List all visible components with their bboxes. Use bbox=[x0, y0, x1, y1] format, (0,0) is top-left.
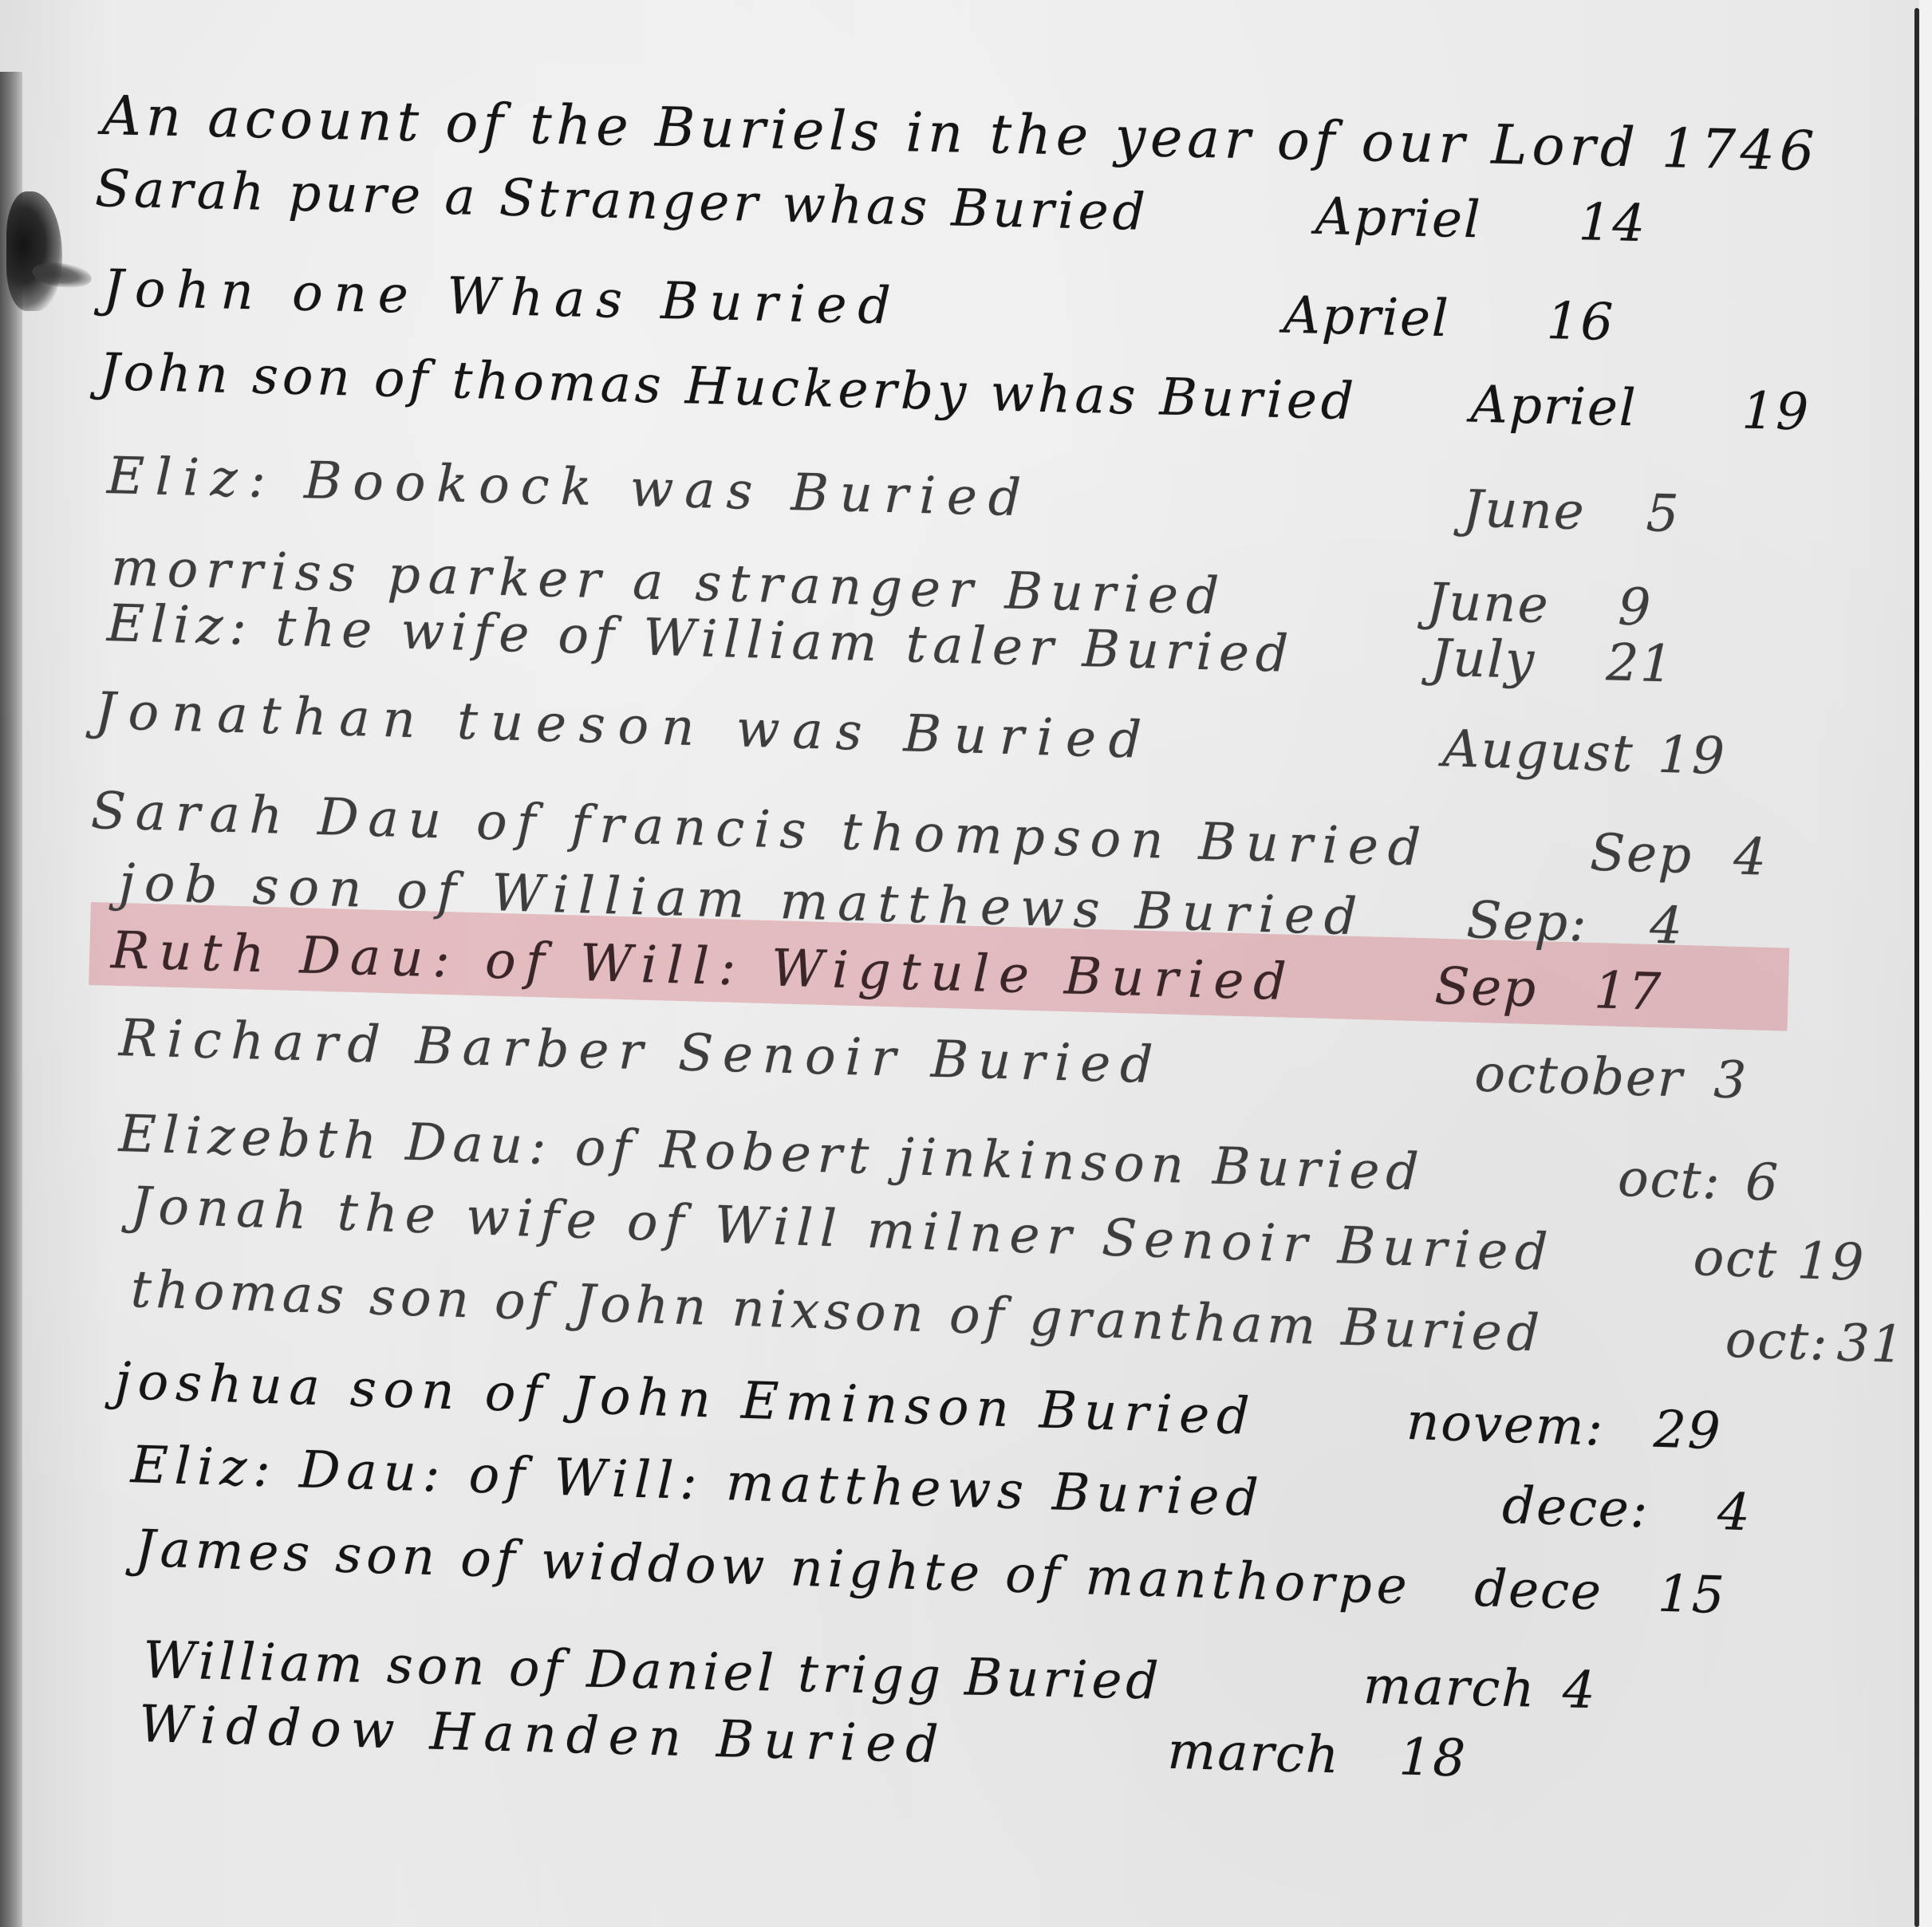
entry-row: morriss parker a stranger Buried June 9 bbox=[112, 542, 1932, 590]
entry-day: 17 bbox=[1594, 965, 1663, 1018]
entry-month: Apriel bbox=[1470, 380, 1638, 435]
entry-name: thomas son of John nixson of grantham Bu… bbox=[130, 1264, 1545, 1360]
entry-day: 4 bbox=[1717, 1487, 1753, 1539]
entry-day: 4 bbox=[1562, 1665, 1597, 1716]
burial-register: An acount of the Buriels in the year of … bbox=[0, 0, 1932, 1927]
entry-month: July bbox=[1430, 632, 1536, 686]
entry-day: 14 bbox=[1578, 197, 1647, 250]
entry-day: 19 bbox=[1741, 386, 1811, 439]
entry-month: June bbox=[1426, 577, 1551, 631]
entry-name: Jonathan tueson was Buried bbox=[94, 686, 1155, 766]
entry-day: 4 bbox=[1733, 832, 1768, 884]
entry-month: June bbox=[1462, 484, 1586, 538]
entry-month: march bbox=[1362, 1661, 1536, 1716]
entry-day: 3 bbox=[1713, 1054, 1749, 1106]
entry-month: Apriel bbox=[1283, 290, 1450, 345]
entry-row: William son of Daniel trigg Buried march… bbox=[144, 1635, 1932, 1673]
entry-month: march bbox=[1167, 1726, 1341, 1782]
register-page: An acount of the Buriels in the year of … bbox=[0, 0, 1932, 1927]
entry-month: oct bbox=[1693, 1232, 1779, 1286]
entry-month: oct: bbox=[1725, 1314, 1830, 1369]
entry-name: Sarah pure a Stranger whas Buried bbox=[95, 164, 1150, 238]
entry-row: John one Whas Buried Apriel 16 bbox=[104, 263, 1932, 305]
entry-day: 15 bbox=[1657, 1569, 1726, 1622]
entry-month: novem: bbox=[1406, 1397, 1605, 1454]
entry-day: 21 bbox=[1606, 637, 1675, 690]
entry-name: William son of Daniel trigg Buried bbox=[143, 1635, 1163, 1708]
entry-day: 19 bbox=[1796, 1235, 1867, 1289]
entry-row: James son of widdow nighte of manthorpe … bbox=[136, 1523, 1932, 1578]
entry-name: Eliz: Bookock was Buried bbox=[106, 451, 1032, 524]
entry-month: dece bbox=[1473, 1563, 1603, 1618]
entry-day: 6 bbox=[1745, 1157, 1780, 1209]
entry-row: Elizebth Dau: of Robert jinkinson Buried… bbox=[120, 1109, 1932, 1163]
entry-month: oct: bbox=[1617, 1153, 1721, 1208]
entry-day: 31 bbox=[1836, 1318, 1906, 1371]
entry-day: 4 bbox=[1649, 900, 1684, 952]
entry-month: August bbox=[1442, 723, 1635, 780]
entry-day: 19 bbox=[1657, 730, 1726, 782]
entry-month: Apriel bbox=[1315, 191, 1482, 246]
entry-name: James son of widdow nighte of manthorpe bbox=[134, 1523, 1412, 1612]
entry-month: dece: bbox=[1501, 1480, 1650, 1535]
entry-name: John son of thomas Huckerby whas Buried bbox=[98, 347, 1358, 428]
entry-name: John one Whas Buried bbox=[103, 263, 903, 333]
entry-name: Widdow Handen Buried bbox=[138, 1699, 948, 1771]
entry-row: John son of thomas Huckerby whas Buried … bbox=[100, 347, 1932, 390]
entry-month: Sep: bbox=[1466, 895, 1589, 949]
entry-row: Sarah Dau of francis thompson Buried Sep… bbox=[92, 786, 1926, 837]
entry-day: 16 bbox=[1546, 296, 1615, 349]
entry-day: 18 bbox=[1398, 1732, 1468, 1784]
entry-row: thomas son of John nixson of grantham Bu… bbox=[132, 1264, 1932, 1322]
entry-name: Richard Barber Senoir Buried bbox=[118, 1013, 1163, 1091]
entry-day: 5 bbox=[1646, 488, 1681, 540]
entry-month: october bbox=[1474, 1049, 1685, 1105]
entry-month: Sep bbox=[1434, 961, 1538, 1015]
entry-name: joshua son of John Eminson Buried bbox=[114, 1356, 1257, 1443]
entry-name: Eliz: Dau: of Will: matthews Buried bbox=[130, 1440, 1265, 1524]
entry-row: joshua son of John Eminson Buried novem:… bbox=[116, 1356, 1932, 1413]
entry-day: 9 bbox=[1618, 581, 1653, 633]
entry-row: Eliz: Bookock was Buried June 5 bbox=[108, 451, 1932, 495]
entry-day: 29 bbox=[1653, 1405, 1722, 1458]
entry-month: Sep bbox=[1589, 827, 1693, 881]
